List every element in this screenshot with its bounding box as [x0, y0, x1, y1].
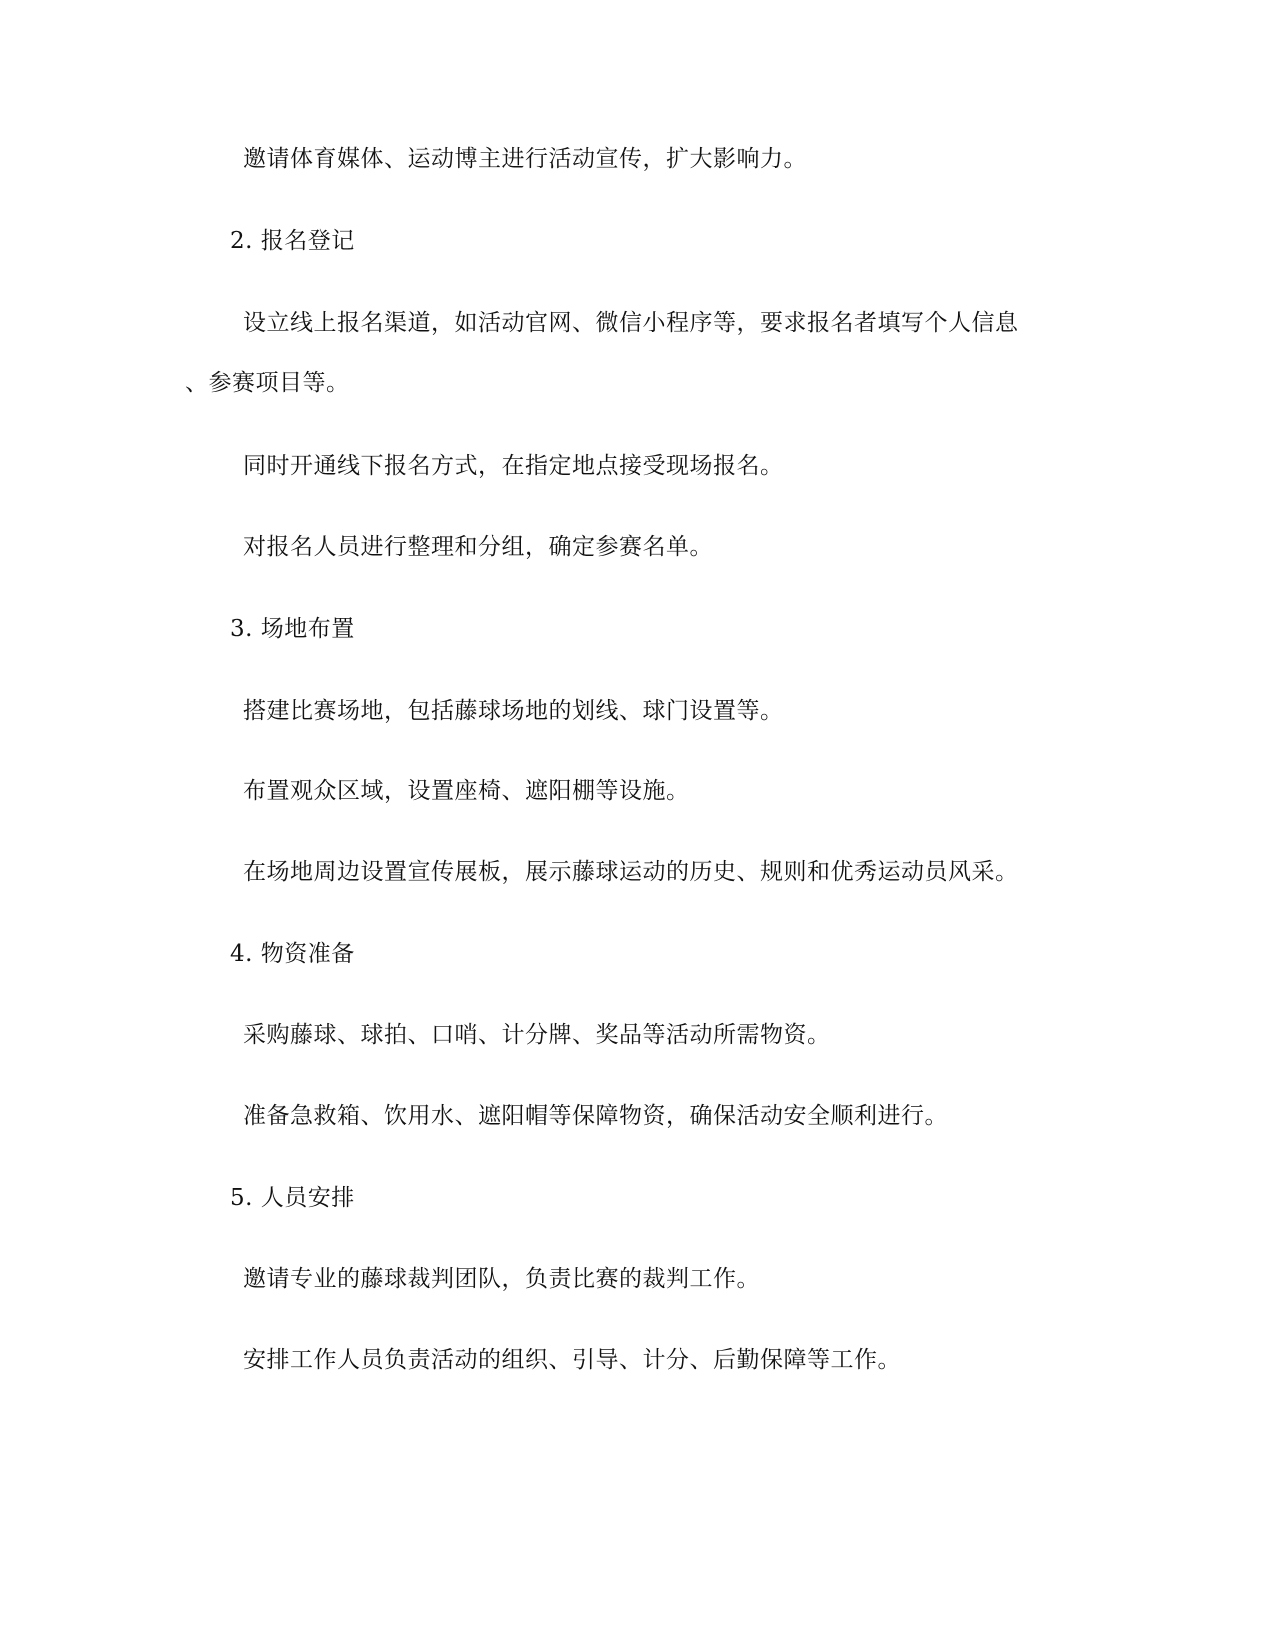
heading-registration: 2. 报名登记 — [230, 226, 355, 256]
paragraph-purchase-materials: 采购藤球、球拍、口哨、计分牌、奖品等活动所需物资。 — [243, 1020, 831, 1050]
paragraph-media-promotion: 邀请体育媒体、运动博主进行活动宣传，扩大影响力。 — [243, 144, 807, 174]
paragraph-build-venue: 搭建比赛场地，包括藤球场地的划线、球门设置等。 — [243, 696, 784, 726]
heading-materials: 4. 物资准备 — [230, 939, 355, 969]
paragraph-online-registration: 设立线上报名渠道，如活动官网、微信小程序等，要求报名者填写个人信息 — [243, 308, 1019, 338]
paragraph-offline-registration: 同时开通线下报名方式，在指定地点接受现场报名。 — [243, 451, 784, 481]
paragraph-online-registration-continued: 、参赛项目等。 — [185, 368, 350, 398]
paragraph-audience-area: 布置观众区域，设置座椅、遮阳棚等设施。 — [243, 776, 690, 806]
heading-venue-setup: 3. 场地布置 — [230, 614, 355, 644]
paragraph-grouping: 对报名人员进行整理和分组，确定参赛名单。 — [243, 532, 713, 562]
paragraph-display-boards: 在场地周边设置宣传展板，展示藤球运动的历史、规则和优秀运动员风采。 — [243, 857, 1019, 887]
heading-staffing: 5. 人员安排 — [230, 1183, 355, 1213]
paragraph-safety-materials: 准备急救箱、饮用水、遮阳帽等保障物资，确保活动安全顺利进行。 — [243, 1101, 948, 1131]
paragraph-referees: 邀请专业的藤球裁判团队，负责比赛的裁判工作。 — [243, 1264, 760, 1294]
paragraph-staff-duties: 安排工作人员负责活动的组织、引导、计分、后勤保障等工作。 — [243, 1345, 901, 1375]
